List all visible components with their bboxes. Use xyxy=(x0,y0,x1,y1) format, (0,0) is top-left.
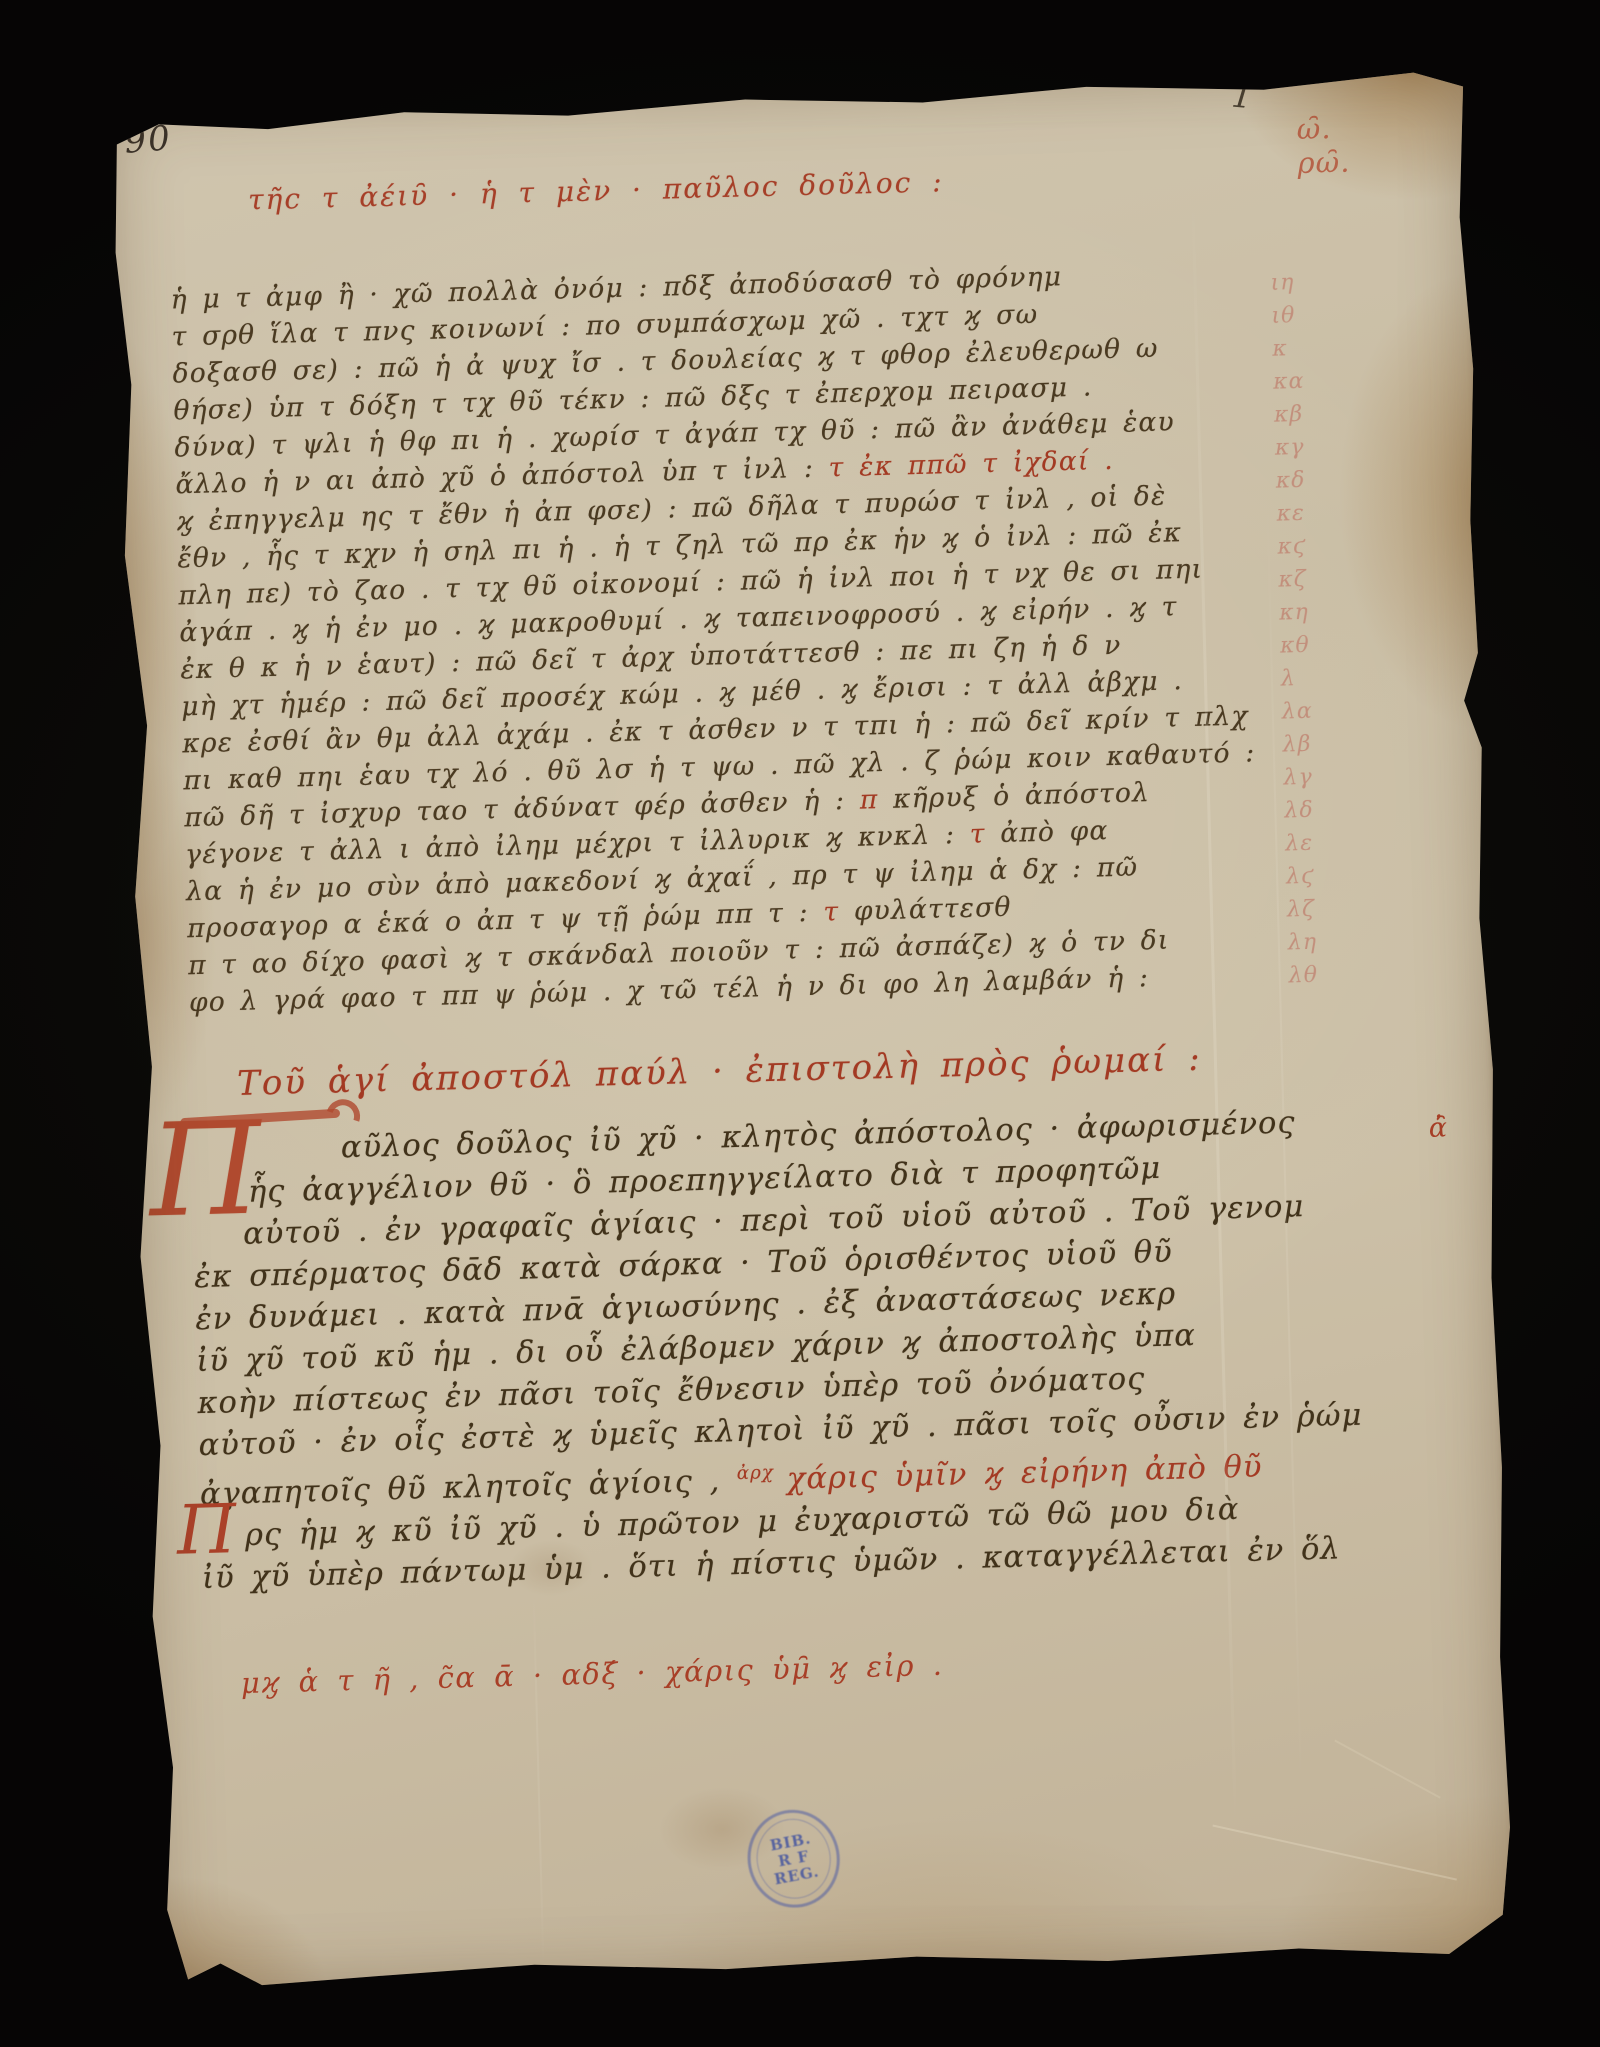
list-item: ιθ xyxy=(1271,299,1303,333)
ink-segment: κῆρυξ ὁ ἀπόστολ xyxy=(893,777,1151,815)
list-item: κθ xyxy=(1280,629,1312,663)
list-item: κγ xyxy=(1274,431,1306,465)
list-item: λ xyxy=(1281,662,1313,696)
list-item: κδ xyxy=(1275,464,1307,498)
list-item: κ xyxy=(1272,332,1304,366)
hypothesis-text-block: ἡ μ τ ἀμφ ἢ · χῶ πολλὰ ὀνόμ : πδξ ἀποδύσ… xyxy=(170,253,1294,1022)
list-item: κε xyxy=(1276,497,1308,531)
list-item: λγ xyxy=(1283,761,1315,795)
epistle-heading: Τοῦ ἁγί ἀποστόλ παύλ · ἐπιστολὴ πρὸς ῥωμ… xyxy=(237,1039,1202,1104)
list-item: λθ xyxy=(1288,959,1320,993)
rubric-segment: τ ἐκ ππῶ τ ἰχδαί . xyxy=(828,445,1114,483)
ink-segment: φυλάττεσθ xyxy=(853,892,1012,927)
list-item: REG. xyxy=(773,1863,821,1888)
list-item: κζ xyxy=(1278,563,1310,597)
list-item: κα xyxy=(1273,365,1305,399)
scratch-mark xyxy=(1212,1825,1457,1881)
list-item: ω̑. xyxy=(1296,111,1350,146)
vertical-crease-3 xyxy=(533,1590,545,1970)
manuscript-photo: 90 1 ω̑.ρω̑. τῆϲ τ ἀέιυ̑ · ἡ τ μὲν · παῦ… xyxy=(0,0,1600,2047)
list-item: BIB. xyxy=(769,1830,813,1854)
list-item: R F xyxy=(777,1848,811,1870)
scratch-mark-2 xyxy=(1334,1740,1440,1799)
list-item: λβ xyxy=(1282,728,1314,762)
list-item: κϛ xyxy=(1277,530,1309,564)
list-item: κβ xyxy=(1274,398,1306,432)
corner-mark: 1 xyxy=(1230,76,1254,116)
running-title: ω̑.ρω̑. xyxy=(1296,111,1351,180)
list-item: λζ xyxy=(1287,893,1319,927)
parchment-page: 90 1 ω̑.ρω̑. τῆϲ τ ἀέιυ̑ · ἡ τ μὲν · παῦ… xyxy=(103,65,1517,1995)
list-item: λε xyxy=(1285,827,1317,861)
list-item: ιη xyxy=(1270,266,1302,300)
list-item: ρω̑. xyxy=(1297,145,1351,180)
rubric-segment: ἀρχ xyxy=(736,1462,787,1484)
list-item: λϛ xyxy=(1286,860,1318,894)
wormhole xyxy=(1500,1263,1512,1279)
rubric-segment: π xyxy=(859,784,893,816)
list-item: κη xyxy=(1279,596,1311,630)
rubric-segment: τ xyxy=(823,896,854,928)
rubric-segment: τ xyxy=(969,818,1000,850)
library-stamp: BIB.R FREG. xyxy=(740,1802,848,1915)
folio-number: 90 xyxy=(123,118,173,162)
initial-pi-small: Π xyxy=(176,1496,237,1566)
ink-segment: ἀπὸ φα xyxy=(1000,815,1109,849)
subscription-rubric: μϗ ἁ τ ῆ , ϲ̃α ᾱ · αδξ́ · χάρις ὑμ̑ ϗ εἰ… xyxy=(240,1648,943,1700)
list-item: λη xyxy=(1287,926,1319,960)
list-item: λδ xyxy=(1284,794,1316,828)
margin-alpha-numeral: ἀ̑ xyxy=(1428,1112,1447,1143)
epistle-text-block: αῦλος δοῦλος ἰῦ χῦ · κλητὸς ἀπόστολος · … xyxy=(190,1101,1342,1600)
title-rubric: τῆϲ τ ἀέιυ̑ · ἡ τ μὲν · παῦλοϲ δοῦλοϲ : xyxy=(248,165,944,216)
list-item: λα xyxy=(1281,695,1313,729)
